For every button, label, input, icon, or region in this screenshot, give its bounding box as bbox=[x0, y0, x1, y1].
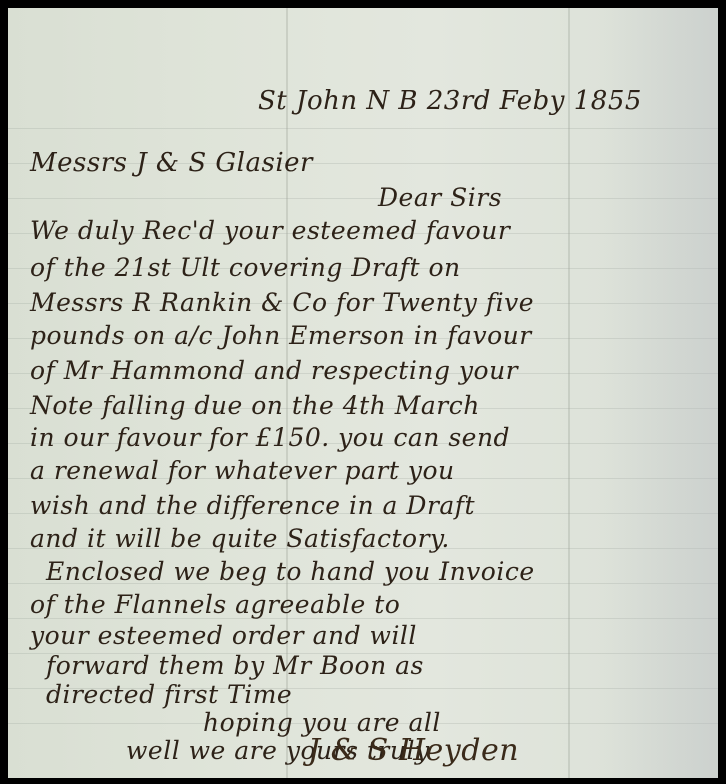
signature: J & S Heyden bbox=[308, 733, 519, 768]
body-line-3: Messrs R Rankin & Co for Twenty five bbox=[30, 288, 534, 317]
body-line-8: a renewal for whatever part you bbox=[30, 456, 455, 485]
body-line-4: pounds on a/c John Emerson in favour bbox=[30, 321, 532, 350]
body-line-15: directed first Time bbox=[46, 680, 292, 709]
body-line-12: of the Flannels agreeable to bbox=[30, 590, 400, 619]
body-line-11: Enclosed we beg to hand you Invoice bbox=[46, 557, 535, 586]
body-line-9: wish and the difference in a Draft bbox=[30, 491, 475, 520]
body-line-5: of Mr Hammond and respecting your bbox=[30, 356, 518, 385]
body-line-2: of the 21st Ult covering Draft on bbox=[30, 253, 461, 282]
place-date: St John N B 23rd Feby 1855 bbox=[258, 86, 642, 116]
addressee: Messrs J & S Glasier bbox=[30, 148, 313, 178]
body-line-14: forward them by Mr Boon as bbox=[46, 651, 424, 680]
body-line-6: Note falling due on the 4th March bbox=[30, 391, 480, 420]
salutation: Dear Sirs bbox=[378, 183, 502, 212]
letter-paper: St John N B 23rd Feby 1855 Messrs J & S … bbox=[8, 8, 718, 778]
body-line-1: We duly Rec'd your esteemed favour bbox=[30, 216, 510, 245]
body-line-10: and it will be quite Satisfactory. bbox=[30, 524, 450, 553]
body-line-13: your esteemed order and will bbox=[30, 621, 417, 650]
body-line-7: in our favour for £150. you can send bbox=[30, 423, 510, 452]
